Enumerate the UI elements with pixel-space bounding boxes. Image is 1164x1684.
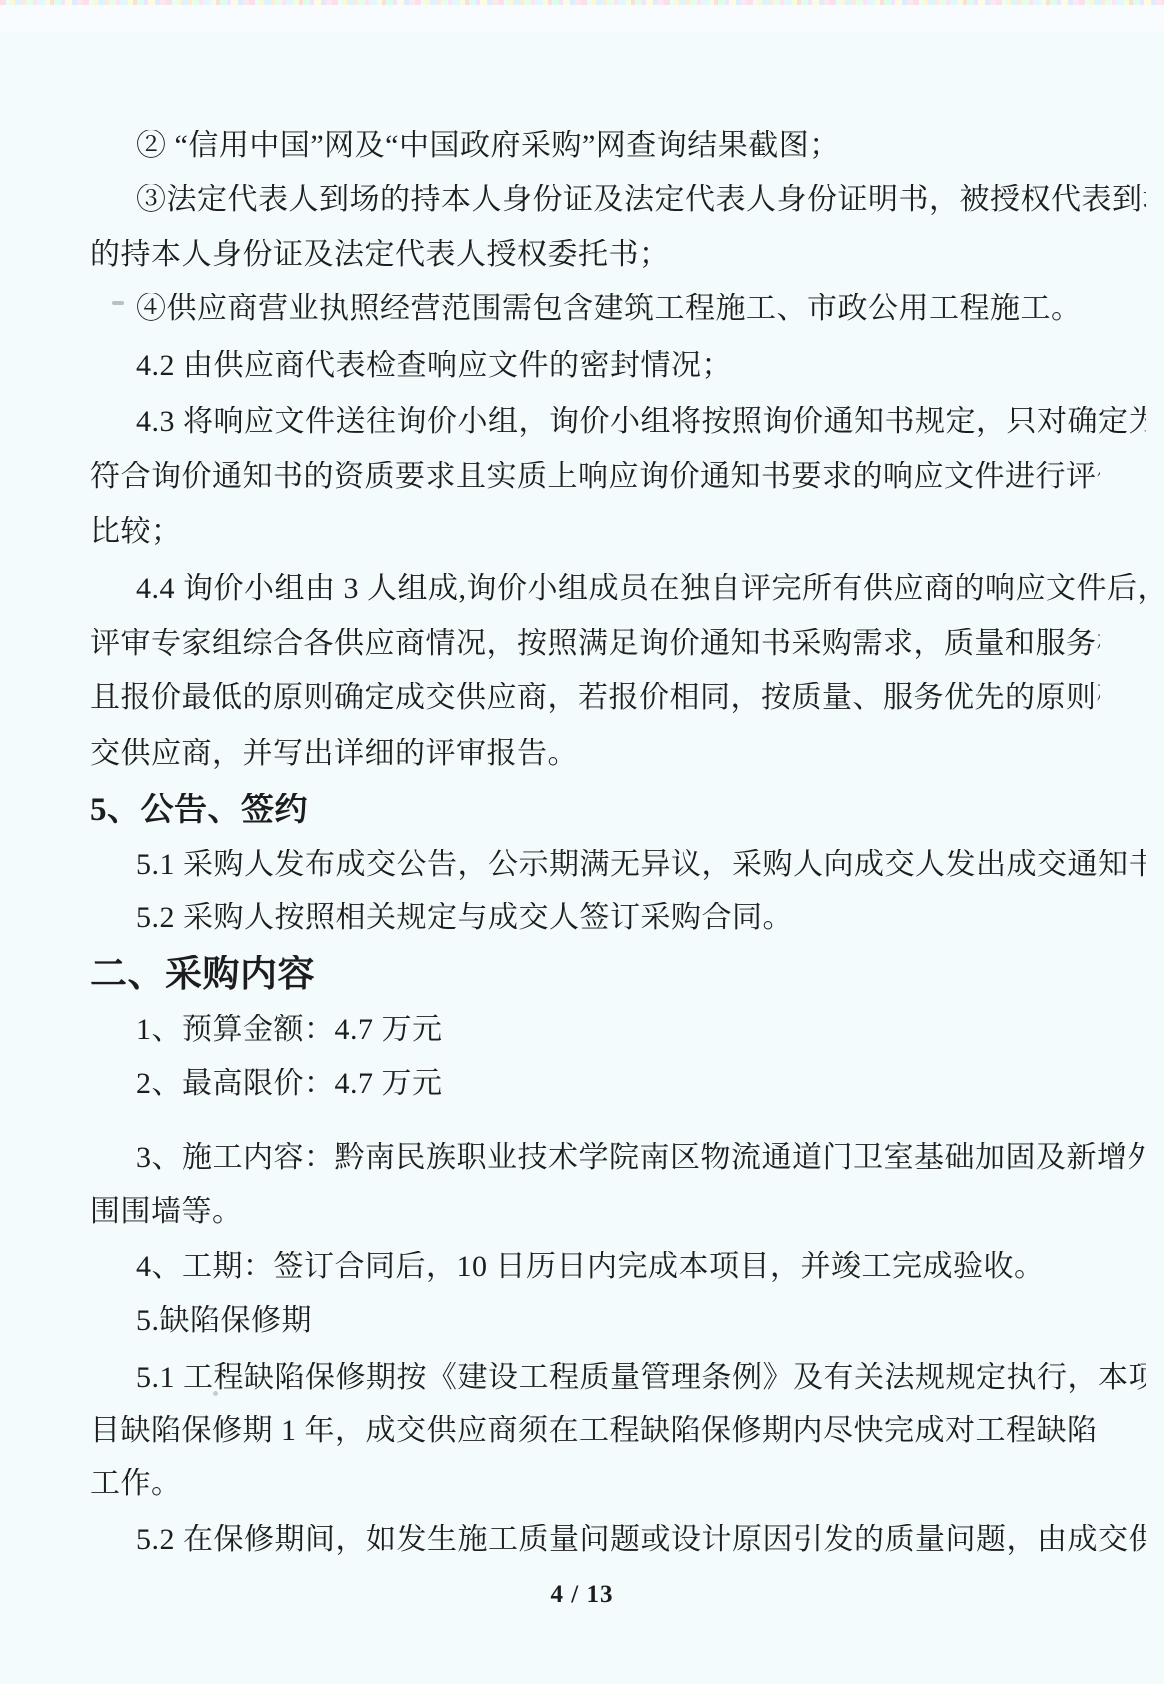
text-line-max-price: 2、最高限价：4.7 万元 (90, 1068, 1146, 1100)
text-line: 5.1 工程缺陷保修期按《建设工程质量管理条例》及有关法规规定执行，本项 (90, 1362, 1146, 1394)
section-heading-announce-sign: 5、公告、签约 (90, 793, 1100, 829)
document-page: ② “信用中国”网及“中国政府采购”网查询结果截图； ③法定代表人到场的持本人身… (0, 0, 1164, 1684)
scan-speck (213, 1391, 218, 1396)
text-line: 的持本人身份证及法定代表人授权委托书； (90, 239, 1100, 271)
text-line: 且报价最低的原则确定成交供应商，若报价相同，按质量、服务优先的原则确定成 (90, 682, 1100, 714)
text-line-defect-warranty-heading: 5.缺陷保修期 (90, 1305, 1146, 1337)
scan-glare-band (0, 5, 1164, 31)
section-heading-procurement-content: 二、采购内容 (90, 955, 1100, 995)
text-line: 4.4 询价小组由 3 人组成,询价小组成员在独自评完所有供应商的响应文件后， (90, 573, 1146, 605)
text-line: 目缺陷保修期 1 年，成交供应商须在工程缺陷保修期内尽快完成对工程缺陷的保修 (90, 1415, 1100, 1447)
text-line: ③法定代表人到场的持本人身份证及法定代表人身份证明书，被授权代表到场 (90, 184, 1146, 216)
text-line-construction-period: 4、工期：签订合同后，10 日历日内完成本项目，并竣工完成验收。 (90, 1251, 1146, 1283)
text-line: 评审专家组综合各供应商情况，按照满足询价通知书采购需求，质量和服务相等， (90, 628, 1100, 660)
text-line: 符合询价通知书的资质要求且实质上响应询价通知书要求的响应文件进行评价和 (90, 461, 1100, 493)
text-line: 比较； (90, 516, 1100, 548)
text-line: 5.2 在保修期间，如发生施工质量问题或设计原因引发的质量问题，由成交供 (90, 1524, 1146, 1556)
text-line: 5.1 采购人发布成交公告，公示期满无异议，采购人向成交人发出成交通知书。 (90, 849, 1146, 881)
page-number: 4 / 13 (0, 1581, 1164, 1609)
scan-speck (112, 301, 124, 305)
text-line: 4.3 将响应文件送往询价小组，询价小组将按照询价通知书规定，只对确定为 (90, 406, 1146, 438)
text-line: 交供应商，并写出详细的评审报告。 (90, 738, 1100, 770)
text-line: 4.2 由供应商代表检查响应文件的密封情况； (90, 350, 1146, 382)
text-line: 工作。 (90, 1468, 1100, 1500)
text-line: 围围墙等。 (90, 1196, 1100, 1228)
text-line: ② “信用中国”网及“中国政府采购”网查询结果截图； (90, 130, 1146, 162)
text-line: 5.2 采购人按照相关规定与成交人签订采购合同。 (90, 902, 1146, 934)
text-line: ④供应商营业执照经营范围需包含建筑工程施工、市政公用工程施工。 (90, 293, 1146, 325)
text-line: 3、施工内容：黔南民族职业技术学院南区物流通道门卫室基础加固及新增外 (90, 1142, 1146, 1174)
text-line-budget-amount: 1、预算金额：4.7 万元 (90, 1014, 1146, 1046)
